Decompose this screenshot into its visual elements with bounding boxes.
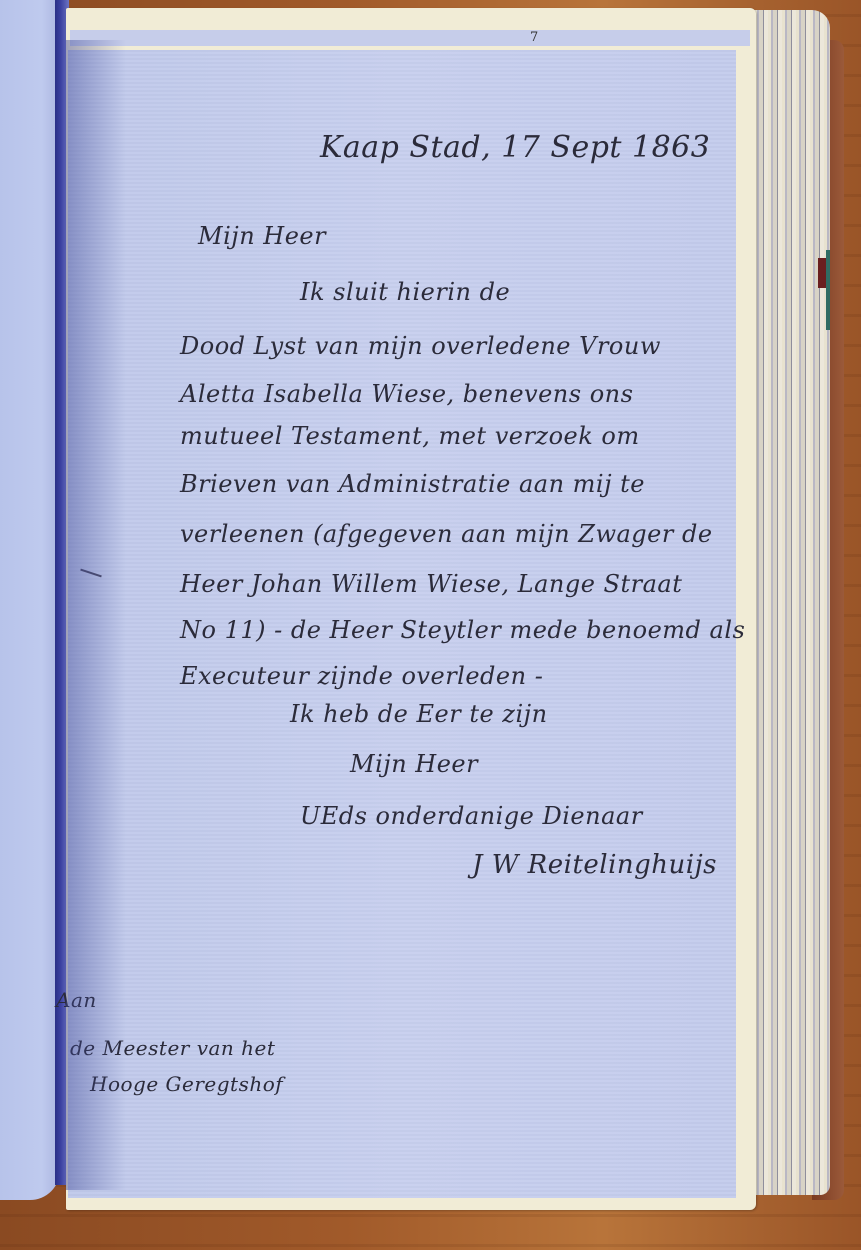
closing-line: UEds onderdanige Dienaar — [300, 802, 643, 830]
closing-line: Ik heb de Eer te zijn — [290, 700, 548, 728]
bookmark-ribbon-green — [826, 250, 830, 330]
addressee-line: Hooge Geregtshof — [90, 1072, 283, 1096]
body-line: Ik sluit hierin de — [300, 278, 510, 306]
body-line: Executeur zijnde overleden - — [180, 662, 543, 690]
body-line: verleenen (afgegeven aan mijn Zwager de — [180, 520, 713, 548]
letter-sheet: Kaap Stad, 17 Sept 1863 Mijn Heer Ik slu… — [68, 50, 736, 1198]
body-line: mutueel Testament, met verzoek om — [180, 422, 640, 450]
left-facing-page — [0, 0, 60, 1200]
salutation: Mijn Heer — [198, 222, 326, 250]
signature: J W Reitelinghuijs — [472, 850, 717, 880]
addressee-line: de Meester van het — [70, 1036, 275, 1060]
place-date-line: Kaap Stad, 17 Sept 1863 — [320, 130, 710, 165]
body-line: Heer Johan Willem Wiese, Lange Straat — [180, 570, 682, 598]
mounting-strip — [70, 30, 750, 46]
body-line: No 11) - de Heer Steytler mede benoemd a… — [180, 616, 745, 644]
addressee-line: Aan — [56, 988, 97, 1012]
closing-line: Mijn Heer — [350, 750, 478, 778]
body-line: Dood Lyst van mijn overledene Vrouw — [180, 332, 661, 360]
body-line: Aletta Isabella Wiese, benevens ons — [180, 380, 633, 408]
strip-mark: 7 — [530, 30, 538, 45]
body-line: Brieven van Administratie aan mij te — [180, 470, 645, 498]
